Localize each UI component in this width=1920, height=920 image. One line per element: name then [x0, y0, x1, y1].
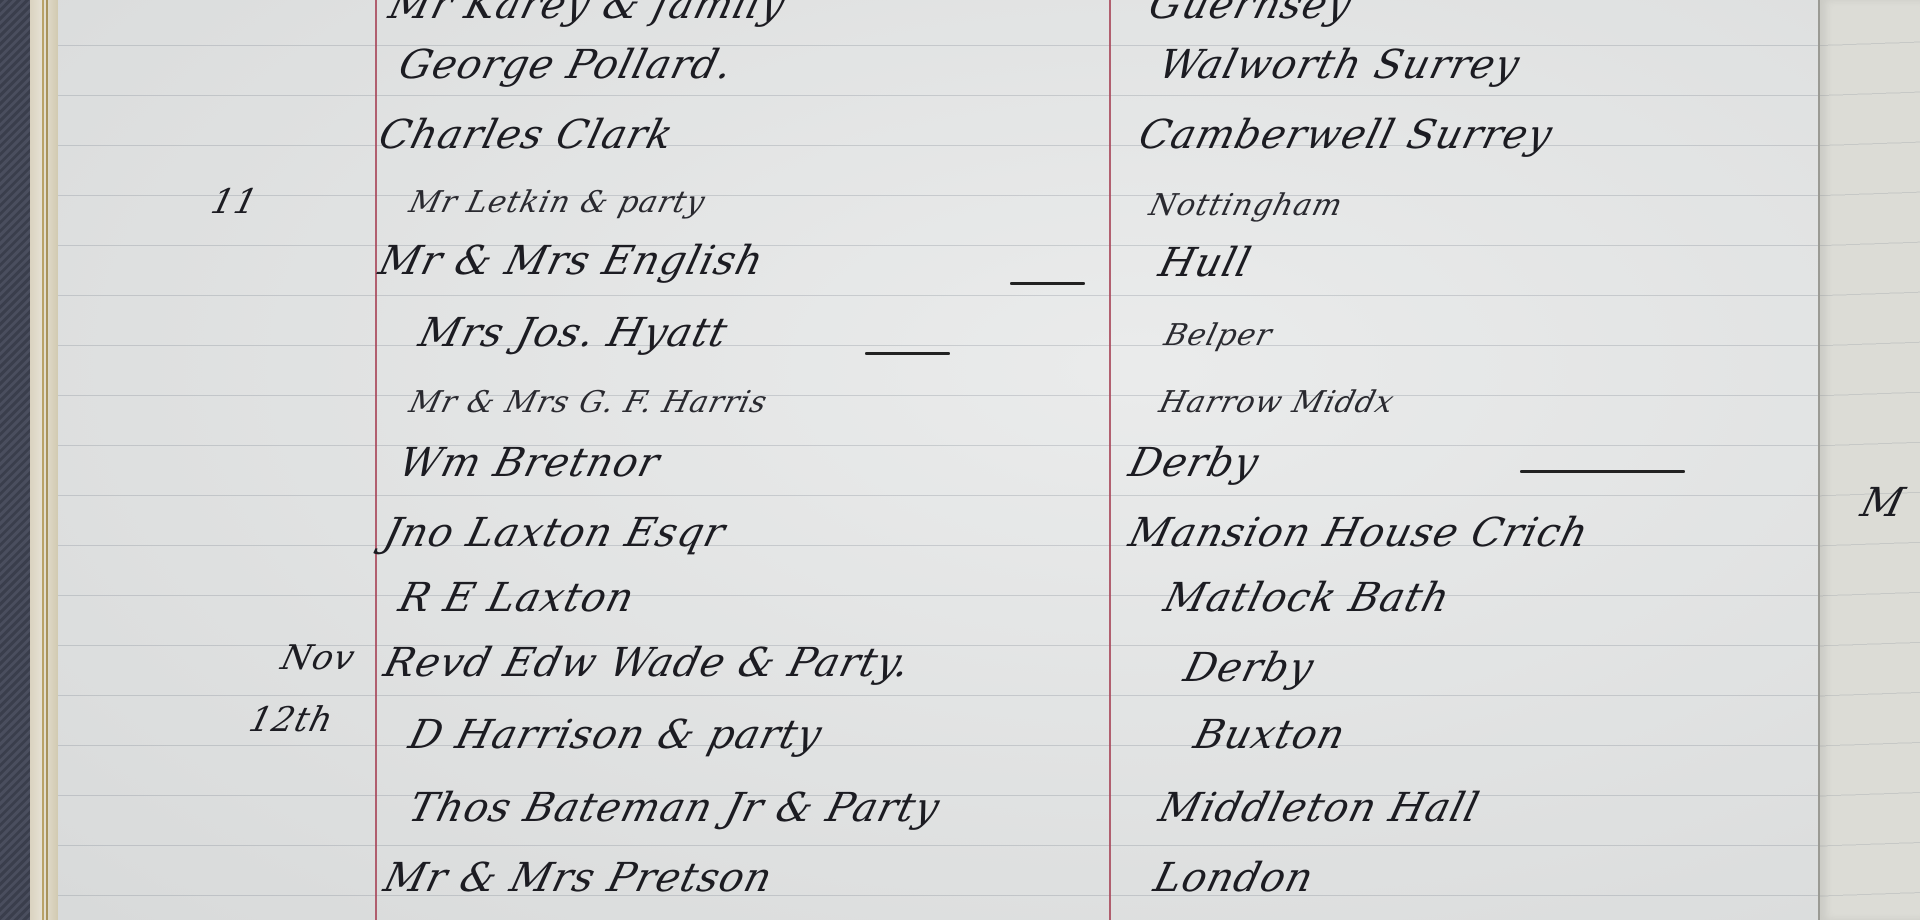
entry-residence-7: Harrow Middx	[1156, 385, 1398, 420]
entry-name-9: Jno Laxton Esqr	[379, 510, 730, 556]
entry-name-14: Mr & Mrs Pretson	[379, 855, 777, 901]
entry-name-12: D Harrison & party	[404, 712, 827, 758]
dash-5	[1010, 282, 1085, 285]
ledger-page	[58, 0, 1858, 920]
entry-name-6: Mrs Jos. Hyatt	[414, 310, 732, 356]
entry-residence-1: Guernsey	[1144, 0, 1357, 28]
entry-residence-8: Derby	[1124, 440, 1264, 486]
entry-name-10: R E Laxton	[394, 575, 639, 621]
facing-page	[1818, 0, 1920, 920]
entry-residence-14: London	[1149, 855, 1318, 901]
entry-residence-13: Middleton Hall	[1154, 785, 1484, 831]
entry-residence-3: Camberwell Surrey	[1134, 112, 1557, 158]
entry-residence-11: Derby	[1179, 645, 1319, 691]
entry-residence-9: Mansion House Crich	[1124, 510, 1593, 556]
dash-8	[1520, 470, 1685, 473]
date-12th: 12th	[245, 700, 338, 740]
entry-residence-5: Hull	[1154, 240, 1256, 286]
entry-name-2: George Pollard.	[394, 42, 738, 88]
gilt-edge-lines	[42, 0, 48, 920]
entry-name-13: Thos Bateman Jr & Party	[404, 785, 944, 831]
date-month: Nov	[277, 638, 359, 678]
entry-name-4: Mr Letkin & party	[406, 185, 709, 220]
entry-name-8: Wm Bretnor	[394, 440, 664, 486]
red-column-rule-name	[1109, 0, 1111, 920]
entry-residence-10: Matlock Bath	[1159, 575, 1455, 621]
dash-6	[865, 352, 950, 355]
entry-name-1: Mr Karey & family	[384, 0, 790, 28]
book-binding	[0, 0, 30, 920]
entry-residence-2: Walworth Surrey	[1154, 42, 1524, 88]
entry-residence-6: Belper	[1161, 318, 1276, 353]
entry-residence-12: Buxton	[1189, 712, 1350, 758]
entry-name-7: Mr & Mrs G. F. Harris	[406, 385, 771, 420]
entry-name-5: Mr & Mrs English	[374, 238, 768, 284]
red-column-rule-date	[375, 0, 377, 920]
entry-name-11: Revd Edw Wade & Party.	[379, 640, 915, 686]
entry-name-3: Charles Clark	[374, 112, 678, 158]
entry-residence-4: Nottingham	[1146, 188, 1347, 223]
